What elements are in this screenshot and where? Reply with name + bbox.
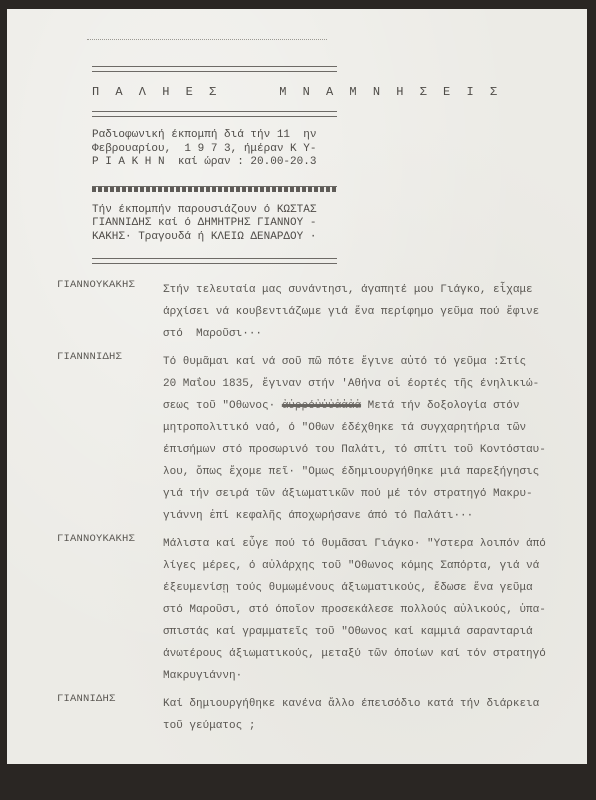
presenters-line: ΚΑΚΗΣ· Τραγουδά ή ΚΛΕΙΩ ΔΕΝΑΡΔΟΥ · xyxy=(92,231,337,245)
dialogue-turn: ΓΙΑΝΝΟΥΚΑΚΗΣ Μάλιστα καί εὖγε πού τό θυμ… xyxy=(7,533,587,687)
speech-line: Μάλιστα καί εὖγε πού τό θυμᾶσαι Γιάγκο· … xyxy=(163,533,583,555)
double-rule-top xyxy=(92,66,337,72)
speech-line: σεως τοῦ "Οθωνος· ἀὐρρόὐὐὐἀἀἀἀ Μετά τήν … xyxy=(163,395,583,417)
speech-line: Καί δημιουργήθηκε κανένα ἄλλο έπεισόδιο … xyxy=(163,693,583,715)
presenters-info: Τήν έκπομπήν παρουσιάζουν ό ΚΩΣΤΑΣ ΓΙΑΝΝ… xyxy=(92,204,337,245)
speech-text: Μάλιστα καί εὖγε πού τό θυμᾶσαι Γιάγκο· … xyxy=(163,533,583,687)
speech-text: Τό θυμᾶμαι καί νά σοῦ πῶ πότε ἔγινε αὐτό… xyxy=(163,351,583,527)
speaker-name: ΓΙΑΝΝΟΥΚΑΚΗΣ xyxy=(57,533,135,545)
speech-line: 20 Μαΐου 1835, ἔγιναν στήν 'Αθήνα οἱ έορ… xyxy=(163,373,583,395)
presenters-line: Τήν έκπομπήν παρουσιάζουν ό ΚΩΣΤΑΣ xyxy=(92,204,337,218)
speech-line: γιάννη ἐπί κεφαλῆς άποχωρήσανε άπό τό Πα… xyxy=(163,505,583,527)
speech-fragment: Μετά τήν δοξολογία στόν xyxy=(361,400,519,412)
broadcast-line: Ραδιοφωνική έκπομπή διά τήν 11 ην xyxy=(92,129,337,143)
speech-line: Τό θυμᾶμαι καί νά σοῦ πῶ πότε ἔγινε αὐτό… xyxy=(163,351,583,373)
header-block: Π Α Λ Η Ε Σ Μ Ν Α Μ Ν Η Σ Ε Ι Σ Ραδιοφων… xyxy=(92,66,337,264)
speech-line: στό Μαροῦσι··· xyxy=(163,323,583,345)
presenters-line: ΓΙΑΝΝΙΔΗΣ καί ό ΔΗΜΗΤΡΗΣ ΓΙΑΝΝΟΥ - xyxy=(92,217,337,231)
speech-text: Στήν τελευταία μας συνάντησι, άγαπητέ μο… xyxy=(163,279,583,345)
double-rule-under-title xyxy=(92,111,337,117)
dialogue-turn: ΓΙΑΝΝΝΙΔΗΣ Τό θυμᾶμαι καί νά σοῦ πῶ πότε… xyxy=(7,351,587,527)
broadcast-line: Φεβρουαρίου, 1 9 7 3, ήμέραν Κ Υ- xyxy=(92,143,337,157)
speech-line: άνωτέρους άξιωματικούς, μεταξύ τῶν όποίω… xyxy=(163,643,583,665)
dialogue: ΓΙΑΝΝΟΥΚΑΚΗΣ Στήν τελευταία μας συνάντησ… xyxy=(7,279,587,743)
speech-line: λου, ὅπως ἔχομε πεῖ· "Ομως έδημιουργήθηκ… xyxy=(163,461,583,483)
speech-line: μητροπολιτικό ναό, ό "Οθων έδέχθηκε τά σ… xyxy=(163,417,583,439)
broadcast-info: Ραδιοφωνική έκπομπή διά τήν 11 ην Φεβρου… xyxy=(92,129,337,170)
speech-fragment: σεως τοῦ "Οθωνος· xyxy=(163,400,275,412)
speech-line: Στήν τελευταία μας συνάντησι, άγαπητέ μο… xyxy=(163,279,583,301)
speech-line: Μακρυγιάννη· xyxy=(163,665,583,687)
speech-line: τοῦ γεύματος ; xyxy=(163,715,583,737)
speech-line: άρχίσει νά κουβεντιάζωμε γιά ἕνα περίφημ… xyxy=(163,301,583,323)
broadcast-line: Ρ Ι Α Κ Η Ν καί ώραν : 20.00-20.3 xyxy=(92,156,337,170)
speech-line: στό Μαροῦσι, στό όποῖον προσεκάλεσε πολλ… xyxy=(163,599,583,621)
speaker-name: ΓΙΑΝΝΟΥΚΑΚΗΣ xyxy=(57,279,135,291)
speech-line: έξευμενίσῃ τούς θυμωμένους άξιωματικούς,… xyxy=(163,577,583,599)
speech-line: σπιστάς καί γραμματεῖς τοῦ "Οθωνος καί κ… xyxy=(163,621,583,643)
speech-line: λίγες μέρες, ό αὐλάρχης τοῦ "Οθωνος κόμη… xyxy=(163,555,583,577)
document-title: Π Α Λ Η Ε Σ Μ Ν Α Μ Ν Η Σ Ε Ι Σ xyxy=(92,85,337,99)
plus-rule xyxy=(92,186,337,192)
speech-line: γιά τήν σειρά τῶν άξιωματικῶν πού μέ τόν… xyxy=(163,483,583,505)
speaker-name: ΓΙΑΝΝΝΙΔΗΣ xyxy=(57,351,122,363)
speech-line: έπισήμων στό προσωρινό του Παλάτι, τό σπ… xyxy=(163,439,583,461)
dialogue-turn: ΓΙΑΝΝΟΥΚΑΚΗΣ Στήν τελευταία μας συνάντησ… xyxy=(7,279,587,345)
struck-out-text: ἀὐρρόὐὐὐἀἀἀἀ xyxy=(282,400,361,412)
double-rule-bottom xyxy=(92,258,337,264)
speech-text: Καί δημιουργήθηκε κανένα ἄλλο έπεισόδιο … xyxy=(163,693,583,737)
typewritten-page: Π Α Λ Η Ε Σ Μ Ν Α Μ Ν Η Σ Ε Ι Σ Ραδιοφων… xyxy=(7,9,587,764)
dotted-rule xyxy=(87,39,327,40)
dialogue-turn: ΓΙΑΝΝΙΔΗΣ Καί δημιουργήθηκε κανένα ἄλλο … xyxy=(7,693,587,737)
speaker-name: ΓΙΑΝΝΙΔΗΣ xyxy=(57,693,116,705)
